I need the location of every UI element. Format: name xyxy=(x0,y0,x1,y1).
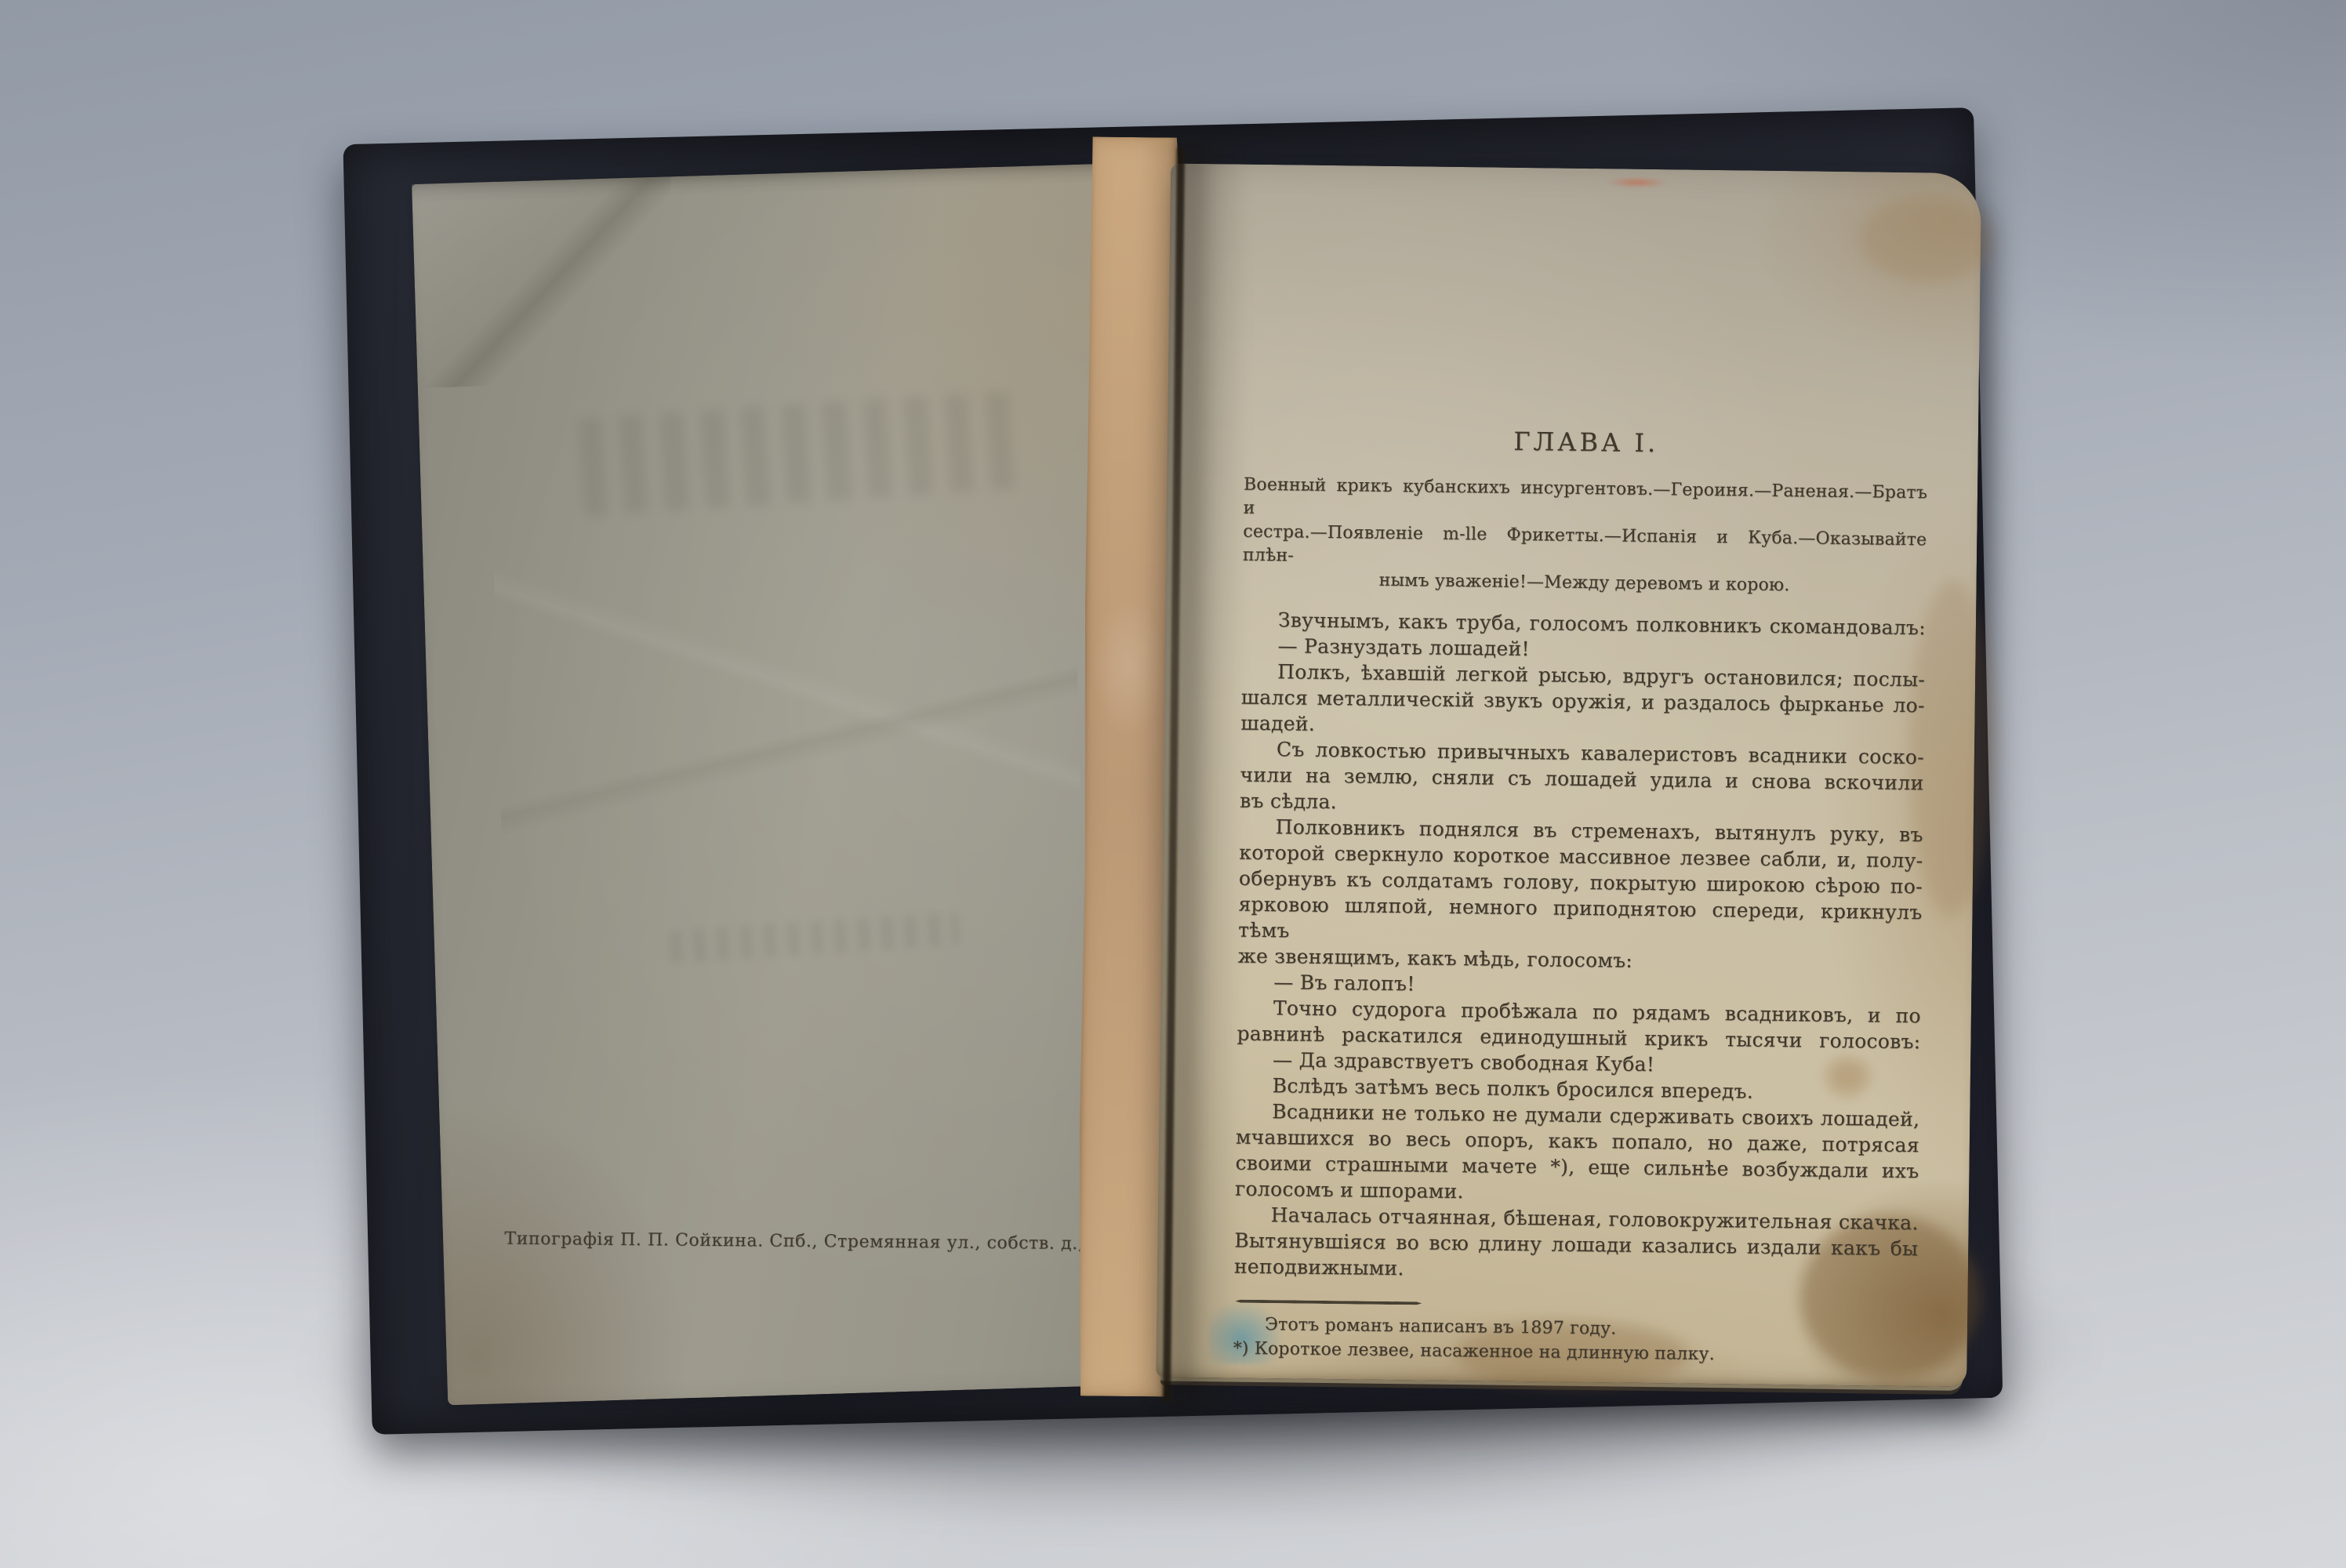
foxing-stain xyxy=(1859,195,1993,283)
photo-scene: Типографія П. П. Сойкина. Спб., Стремянн… xyxy=(0,0,2346,1568)
printer-imprint: Типографія П. П. Сойкина. Спб., Стремянн… xyxy=(504,1229,1178,1255)
text-line: сестра.—Появленіе m-lle Фрикетты.—Испані… xyxy=(1243,521,1927,576)
title-showthrough-blur xyxy=(578,390,1026,516)
chapter-heading: ГЛАВА I. xyxy=(1244,423,1928,462)
page-corner-crease xyxy=(412,176,677,388)
chapter-summary: Военный крикъ кубанскихъ инсургентовъ.—Г… xyxy=(1242,474,1927,600)
footnotes: Этотъ романъ написанъ въ 1897 году.*) Ко… xyxy=(1233,1312,1917,1370)
right-page: ГЛАВА I. Военный крикъ кубанскихъ инсург… xyxy=(1156,163,1981,1387)
open-book: Типографія П. П. Сойкина. Спб., Стремянн… xyxy=(340,108,2092,1456)
text-line: Военный крикъ кубанскихъ инсургентовъ.—Г… xyxy=(1244,474,1928,529)
text-line: ярковою шляпой, немного приподнятою спер… xyxy=(1238,891,1923,952)
chapter-body: Звучнымъ, какъ труба, голосомъ полковник… xyxy=(1234,607,1926,1288)
printed-text-block: ГЛАВА I. Военный крикъ кубанскихъ инсург… xyxy=(1233,423,1928,1370)
red-edge-smudge xyxy=(1606,176,1669,188)
left-page: Типографія П. П. Сойкина. Спб., Стремянн… xyxy=(412,162,1196,1406)
footnote-rule xyxy=(1235,1300,1422,1305)
